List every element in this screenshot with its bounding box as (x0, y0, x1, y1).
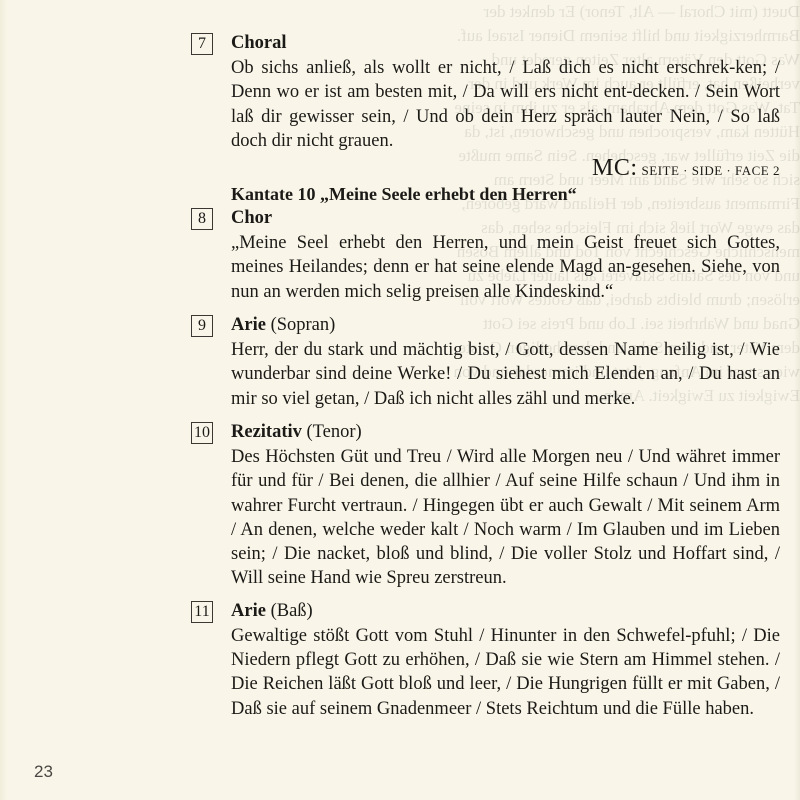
movement-title-label: Arie (231, 315, 266, 335)
movement-7: 7 Choral Ob sichs anließ, als wollt er n… (191, 31, 780, 153)
page-number: 23 (34, 762, 53, 782)
movement-text: „Meine Seel erhebt den Herren, und mein … (231, 231, 780, 304)
movement-9: 9 Arie (Sopran) Herr, der du stark und m… (191, 313, 780, 411)
movement-text: Gewaltige stößt Gott vom Stuhl / Hinunte… (231, 624, 780, 721)
booklet-page: 7 Choral Ob sichs anließ, als wollt er n… (191, 31, 780, 721)
movement-number-box: 11 (191, 601, 213, 623)
spacer (191, 411, 780, 420)
movement-title-label: Chor (231, 208, 272, 228)
mc-label: MC: (592, 155, 638, 181)
movement-title-label: Choral (231, 33, 287, 53)
movement-11: 11 Arie (Baß) Gewaltige stößt Gott vom S… (191, 599, 780, 721)
movement-title: Rezitativ (Tenor) (231, 420, 780, 445)
spacer (191, 304, 780, 313)
movement-text: Des Höchsten Güt und Treu / Wird alle Mo… (231, 445, 780, 591)
movement-voice: (Tenor) (307, 422, 362, 442)
movement-title: Arie (Baß) (231, 599, 780, 624)
movement-number-box: 7 (191, 33, 213, 55)
spacer (191, 591, 780, 599)
movement-number-box: 8 (191, 208, 213, 230)
movement-voice: (Baß) (271, 601, 313, 621)
movement-8: 8 Chor „Meine Seel erhebt den Herren, un… (191, 206, 780, 304)
movement-title: Choral (231, 31, 780, 56)
cantata-heading: Kantate 10 „Meine Seele erhebt den Herre… (191, 182, 780, 206)
movement-title: Chor (231, 206, 780, 231)
movement-number-box: 10 (191, 422, 213, 444)
movement-text: Ob sichs anließ, als wollt er nicht, / L… (231, 56, 780, 153)
mc-side-detail: SEITE · SIDE · FACE 2 (642, 163, 780, 178)
movement-voice: (Sopran) (271, 315, 336, 335)
movement-number-box: 9 (191, 315, 213, 337)
movement-text: Herr, der du stark und mächtig bist, / G… (231, 338, 780, 411)
movement-10: 10 Rezitativ (Tenor) Des Höchsten Güt un… (191, 420, 780, 591)
movement-title-label: Arie (231, 601, 266, 621)
movement-title: Arie (Sopran) (231, 313, 780, 338)
mc-side-marker: MC: SEITE · SIDE · FACE 2 (191, 157, 780, 182)
movement-title-label: Rezitativ (231, 422, 302, 442)
